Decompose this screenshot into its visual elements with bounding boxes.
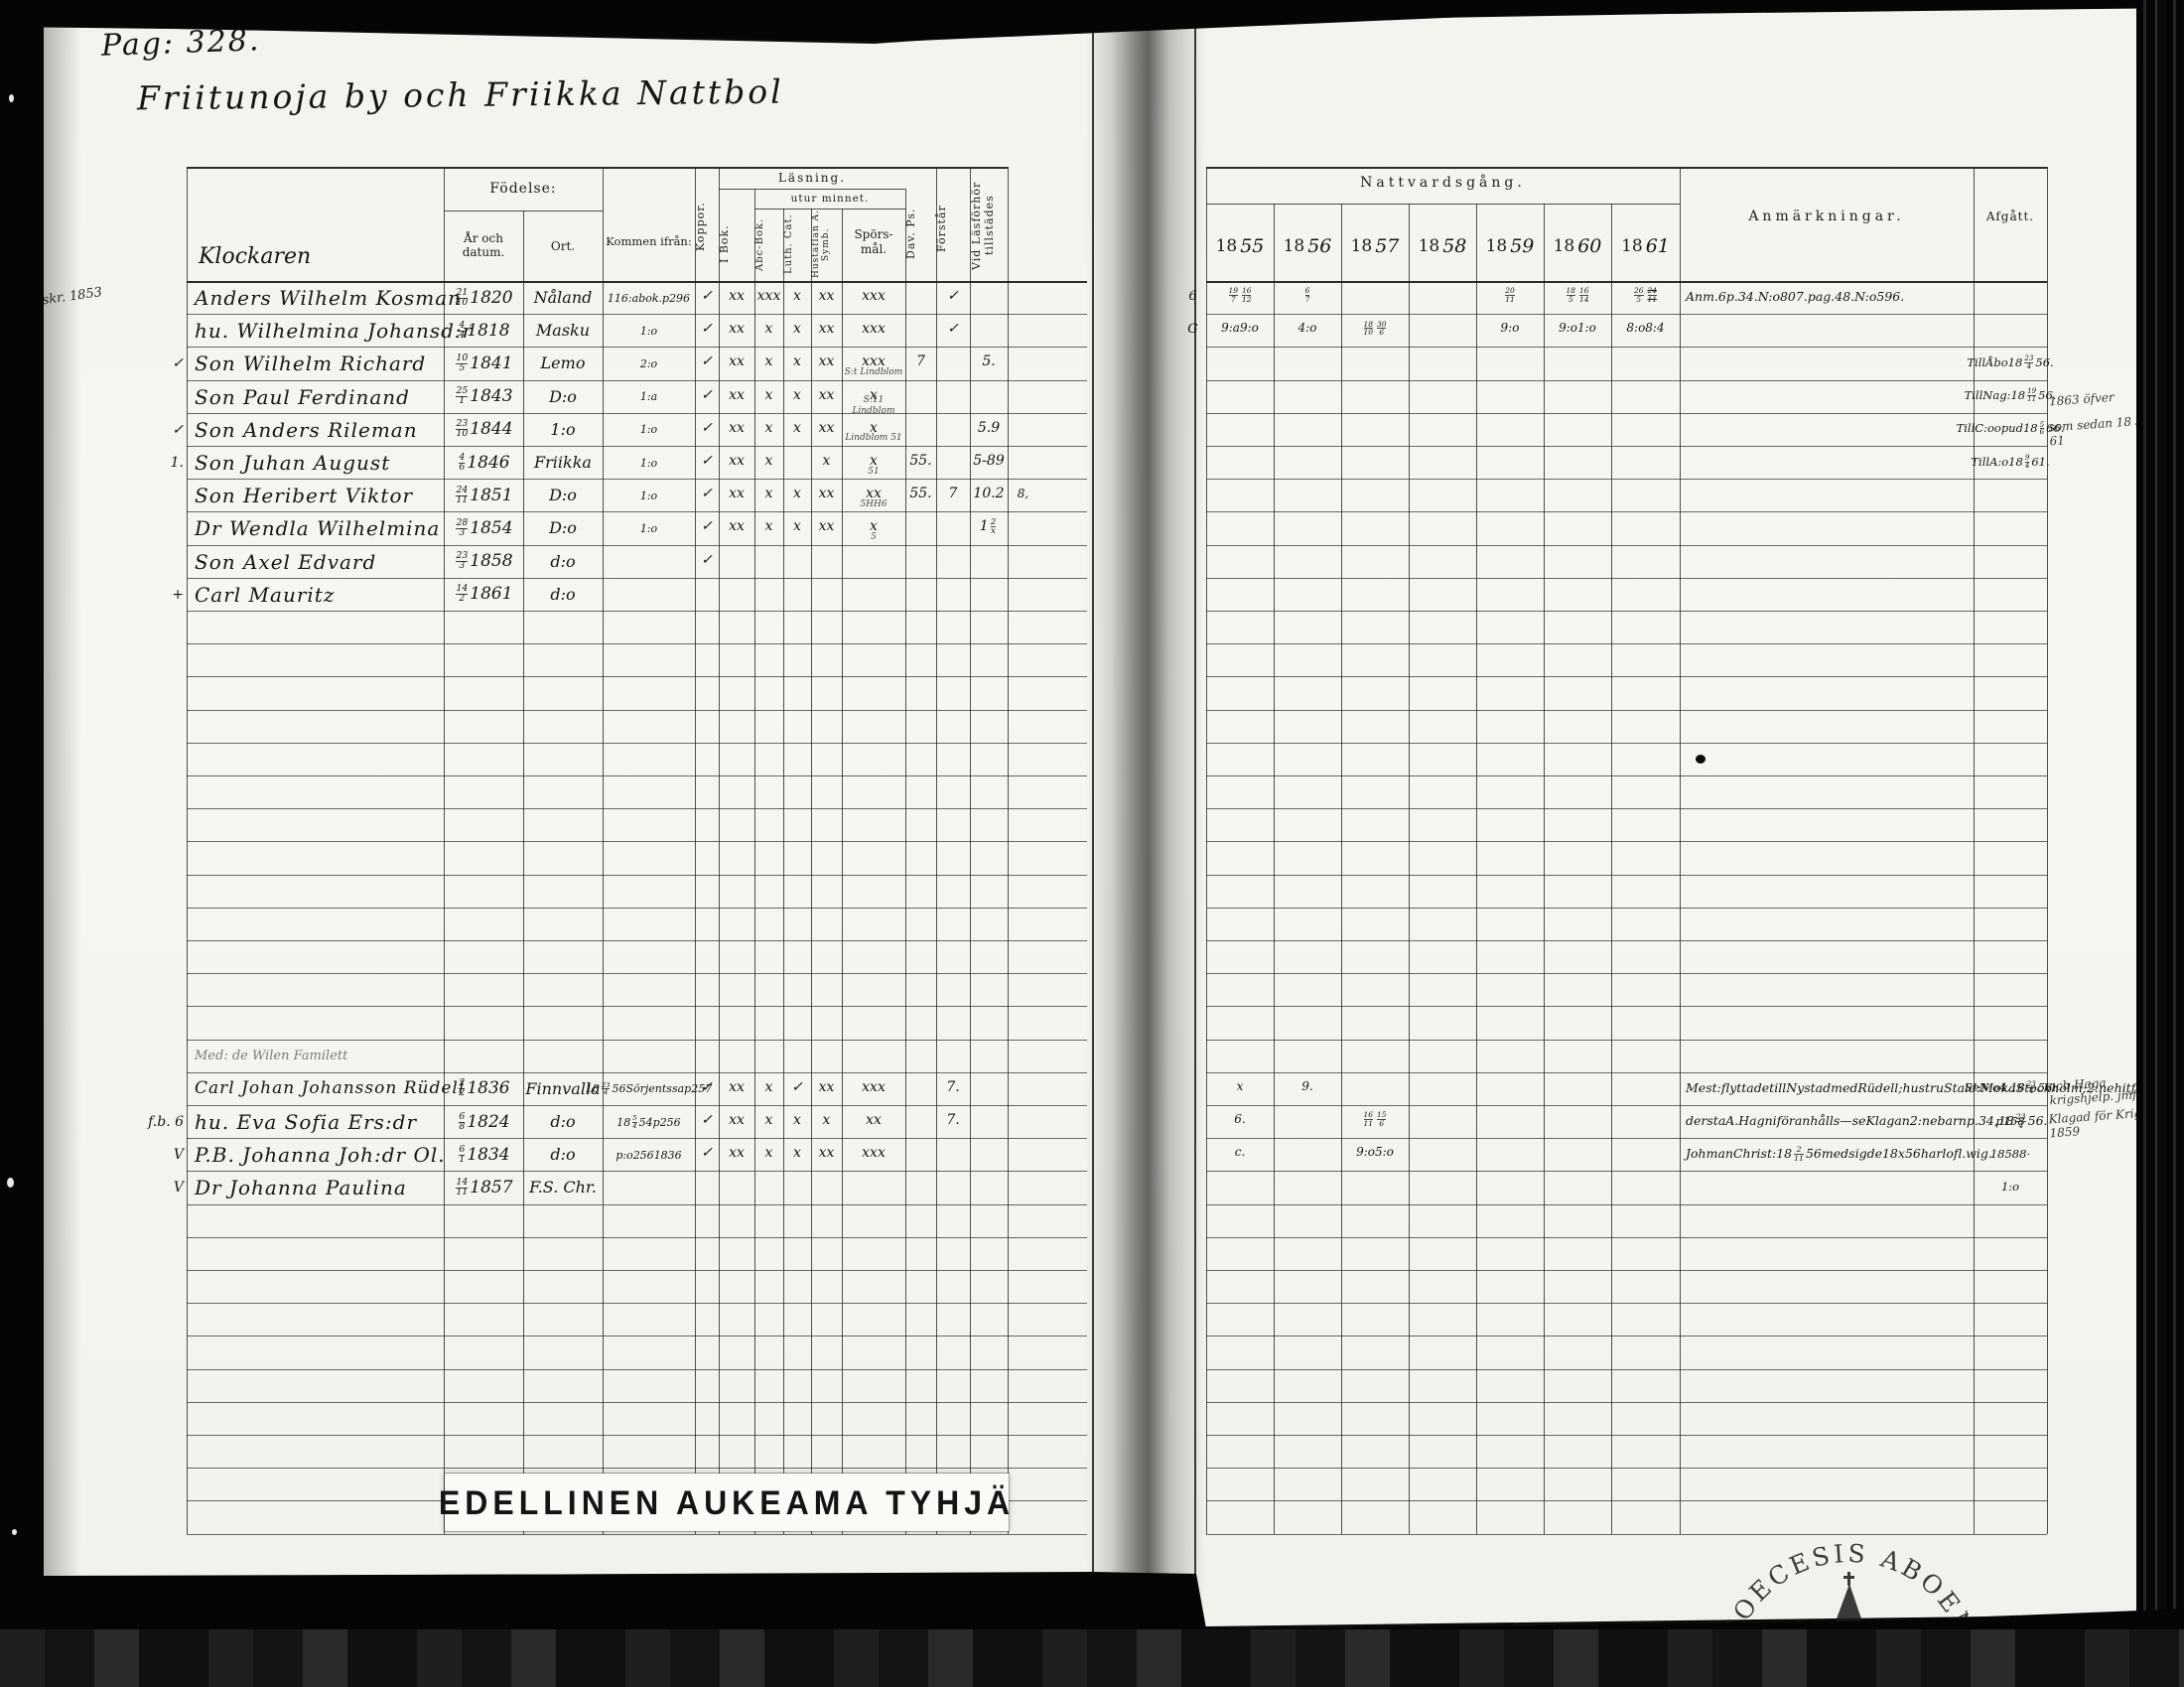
right-year-column-line (1206, 167, 1207, 1534)
mark-abc: x (754, 317, 783, 341)
birth-place: d:o (525, 1108, 601, 1136)
left-column-line (811, 209, 812, 1534)
year-header-1860: 1860 (1544, 226, 1611, 266)
person-name: hu. Eva Sofia Ers:dr (195, 1108, 442, 1136)
mark-luth: ✓ (783, 1075, 811, 1099)
header-koppor: Koppor. (695, 177, 719, 276)
right-row-line (1206, 413, 2047, 414)
mark-koppor: ✓ (695, 449, 719, 473)
left-row-line (187, 908, 1087, 909)
header-forstar: Förstår (936, 179, 970, 278)
afgatt-note: 1:o (1976, 1165, 2045, 1208)
sporsmal-annotation: S:t Lindblom (842, 365, 905, 379)
left-row-line (187, 940, 1087, 941)
left-row-line (187, 643, 1087, 644)
person-name: Carl Johan Johansson Rüdell (195, 1075, 442, 1103)
mark-ibok: x x (719, 350, 754, 373)
communion-date-1856: 4:o (1276, 312, 1339, 344)
mark-koppor: ✓ (695, 416, 719, 440)
mark-dav: 55. (905, 449, 936, 473)
scan-border-left (0, 0, 44, 1687)
mark-koppor: ✓ (695, 317, 719, 341)
header-nattvardsgang: Nattvardsgång. (1206, 171, 1680, 195)
left-row-line (187, 808, 1087, 809)
header-kommen-ifran: Kommen ifrån: (603, 226, 695, 256)
communion-date-1857: 1611 156 (1343, 1103, 1407, 1135)
right-row-line (1206, 808, 2047, 809)
mark-forstar: 7. (936, 1108, 970, 1132)
birth-date: 1411 1857 (446, 1174, 521, 1201)
communion-date-1855: 6. (1208, 1103, 1272, 1135)
communion-date-1859: 9:o (1478, 312, 1542, 344)
mark-luth: x (783, 317, 811, 341)
mark-luth: x (783, 284, 811, 308)
right-year-column-line (1544, 204, 1545, 1534)
right-row-line (1206, 380, 2047, 381)
communion-date-1860: 185 1614 (1546, 279, 1609, 311)
nattvardsgang-underline (1206, 204, 1680, 205)
names-column-script-label: Klockaren (199, 244, 311, 269)
mark-abc: x (754, 1141, 783, 1165)
mark-hust: x x (811, 416, 842, 440)
mark-hust: x x (811, 1141, 842, 1165)
birth-date: 22 1836 (446, 1075, 521, 1103)
birth-date: 2310 1844 (446, 416, 521, 444)
border-speck (9, 94, 14, 102)
mark-hust: x (811, 1108, 842, 1132)
right-row-line (1206, 1303, 2047, 1304)
header-fodelse: Födelse: (444, 177, 603, 201)
row-margin-mark: V (99, 1141, 184, 1169)
right-row-line (1206, 1237, 2047, 1238)
right-row-line (1206, 1006, 2047, 1007)
sporsmal-annotation: 5 (842, 530, 905, 544)
scan-border-right (2136, 0, 2184, 1687)
mark-forstar: 7 (936, 482, 970, 505)
left-row-line (187, 1040, 1087, 1041)
birth-date: 2110 1820 (446, 284, 521, 312)
mark-hust: x x (811, 317, 842, 341)
right-year-column-line (1341, 204, 1342, 1534)
left-column-line (936, 167, 937, 1534)
mark-hust: x x (811, 482, 842, 505)
right-row-line (1206, 446, 2047, 447)
communion-date-1860: 9:o 1:o (1546, 312, 1609, 344)
left-row-line (187, 1204, 1087, 1205)
header-abc-bok: Abc-Bok. (754, 211, 783, 278)
mark-ibok: x x (719, 383, 754, 407)
mark-ibok: x x (719, 514, 754, 538)
mark-dav: 7 (905, 350, 936, 373)
mark-hust: x x (811, 383, 842, 407)
mark-abc: x (754, 1108, 783, 1132)
header-anmarkningar: Anmärkningar. (1680, 205, 1974, 228)
mark-luth: x (783, 482, 811, 505)
year-header-1857: 1857 (1341, 226, 1409, 266)
mark-ibok: x x (719, 416, 754, 440)
left-row-line (187, 1534, 1087, 1535)
right-row-line (1206, 841, 2047, 842)
birth-date: 283 1854 (446, 514, 521, 542)
empty-spread-stamp: EDELLINEN AUKEAMA TYHJÄ (445, 1474, 1009, 1531)
sporsmal-annotation: 5HH6 (842, 497, 905, 511)
mark-dav: 55. (905, 482, 936, 505)
anmarkningar-afgatt-divider (1974, 167, 1975, 1534)
header-dav-ps: Dav. Ps. (905, 189, 936, 278)
mark-ibok: x x (719, 449, 754, 473)
right-row-line (1206, 643, 2047, 644)
ink-blot (1696, 755, 1706, 764)
year-header-1861: 1861 (1611, 226, 1680, 266)
mark-spors: x x x (842, 1141, 905, 1165)
person-name: Carl Mauritz (195, 581, 442, 609)
row-margin-mark: V (99, 1174, 184, 1201)
mark-koppor: ✓ (695, 284, 719, 308)
lasning-underline (719, 189, 905, 190)
mark-forstar: 7. (936, 1075, 970, 1099)
utur-minnet-underline (754, 209, 905, 210)
header-luth-cat: Luth. Cat. (783, 211, 811, 278)
header-ar-och-datum: År och datum. (446, 220, 521, 270)
left-row-line (187, 841, 1087, 842)
right-table-top-rule (1206, 167, 2047, 169)
header-i-bok: I Bok. (719, 211, 754, 278)
birth-place: 1:o (525, 416, 601, 444)
mark-spors: x x (842, 1108, 905, 1132)
right-row-line (1206, 1468, 2047, 1469)
communion-date-1855: 197 1612 (1208, 279, 1272, 311)
kommen-ifran-note: p:o 2561836 (603, 1135, 695, 1175)
birth-place: F.S. Chr. (525, 1174, 601, 1201)
mark-ibok: x x (719, 317, 754, 341)
right-row-line (1206, 940, 2047, 941)
left-column-line (523, 211, 524, 1534)
person-name: Son Juhan August (195, 449, 442, 477)
left-row-line (187, 676, 1087, 677)
birth-date: 142 1861 (446, 581, 521, 609)
mark-koppor: ✓ (695, 1075, 719, 1099)
mark-koppor: ✓ (695, 482, 719, 505)
right-row-line (1206, 1204, 2047, 1205)
right-year-column-line (1409, 204, 1410, 1534)
right-row-line (1206, 1336, 2047, 1336)
paper-left-shading (42, 0, 81, 1687)
person-name: Son Paul Ferdinand (195, 383, 442, 411)
mark-ibok: x x (719, 1075, 754, 1099)
left-column-line (905, 189, 906, 1534)
mark-abc: x (754, 449, 783, 473)
right-row-line (1206, 775, 2047, 776)
scanned-church-record-spread: Pag: 328. Friitunoja by och Friikka Natt… (0, 0, 2184, 1687)
person-name: Son Axel Edvard (195, 548, 442, 576)
right-row-line (1206, 611, 2047, 612)
communion-date-1856: 9. (1276, 1070, 1339, 1102)
right-row-line (1206, 545, 2047, 546)
border-speck (7, 1178, 14, 1188)
scan-border-bottom-noise (0, 1629, 2184, 1687)
birth-date: 251 1843 (446, 383, 521, 411)
person-name: hu. Wilhelmina Johansd:r (195, 317, 442, 345)
anmarkning-note: Johman Christ: 18 211 56 med sig de 18 x… (1686, 1132, 1970, 1176)
right-row-line (1206, 1369, 2047, 1370)
person-name: P.B. Johanna Joh:dr Ol. (195, 1141, 442, 1169)
year-header-1855: 1855 (1206, 226, 1274, 266)
mark-luth: x (783, 514, 811, 538)
right-row-line (1206, 1040, 2047, 1041)
birth-place: d:o (525, 548, 601, 576)
mark-abc: x (754, 514, 783, 538)
header-vid-lasforhor: Vid Läsförhör tillstädes (970, 171, 1008, 280)
year-header-1858: 1858 (1409, 226, 1476, 266)
left-row-line (187, 1237, 1087, 1238)
person-name: Son Heribert Viktor (195, 482, 442, 509)
mark-vid: 5. (970, 350, 1008, 373)
birth-place: d:o (525, 581, 601, 609)
left-row-line (187, 578, 1087, 579)
header-sporsmal: Spörs-mål. (842, 220, 905, 264)
left-page-edge-line (1092, 15, 1094, 1628)
mark-abc: x (754, 1075, 783, 1099)
left-column-line (1008, 167, 1009, 1534)
communion-date-1857: 1810 306 (1343, 312, 1407, 344)
mark-koppor: ✓ (695, 514, 719, 538)
person-name: Dr Wendla Wilhelmina (195, 514, 442, 542)
right-row-margin-mark: G (1181, 316, 1204, 342)
birth-place: Masku (525, 317, 601, 345)
right-row-line (1206, 347, 2047, 348)
birth-date: 105 1841 (446, 350, 521, 377)
right-row-line (1206, 973, 2047, 974)
birth-place: d:o (525, 1141, 601, 1169)
birth-place: Nåland (525, 284, 601, 312)
vid-annotation: 8, (1009, 482, 1037, 505)
right-row-line (1206, 479, 2047, 480)
person-name: Son Anders Rileman (195, 416, 442, 444)
header-ort: Ort. (525, 234, 601, 258)
page-title-handwritten: Friitunoja by och Friikka Nattbol (137, 72, 784, 118)
birth-place: D:o (525, 383, 601, 411)
mark-abc: x (754, 482, 783, 505)
person-name: Dr Johanna Paulina (195, 1174, 442, 1201)
right-row-line (1206, 1534, 2047, 1535)
birth-place: Lemo (525, 350, 601, 377)
border-speck (12, 1529, 17, 1535)
left-column-line (187, 167, 188, 1534)
mark-spors: x x x (842, 1075, 905, 1099)
mark-luth: x (783, 1141, 811, 1165)
mark-vid: 1 2x (970, 514, 1008, 538)
right-row-line (1206, 676, 2047, 677)
communion-date-1855: c. (1208, 1136, 1272, 1168)
birth-date: 61 1834 (446, 1141, 521, 1169)
header-lasning: Läsning. (719, 169, 905, 187)
communion-date-1856: 67 (1276, 279, 1339, 311)
right-row-line (1206, 710, 2047, 711)
mark-vid: 10.2 (970, 482, 1008, 505)
mark-forstar: ✓ (936, 317, 970, 341)
birth-date: 46 1846 (446, 449, 521, 477)
left-row-line (187, 775, 1087, 776)
right-page-edge-line (1194, 15, 1196, 1628)
row-margin-mark: 1. (99, 449, 184, 477)
mark-ibok: x x (719, 482, 754, 505)
left-row-line (187, 1369, 1087, 1370)
mark-abc: x x x (754, 284, 783, 308)
mark-abc: x (754, 383, 783, 407)
person-name-note: Med: de Wilen Familett (195, 1043, 442, 1070)
row-margin-mark: ✓ (99, 350, 184, 377)
mark-hust: x x (811, 350, 842, 373)
left-row-line (187, 743, 1087, 744)
right-row-line (1206, 1402, 2047, 1403)
left-row-line (187, 1303, 1087, 1304)
mark-koppor: ✓ (695, 1108, 719, 1132)
mark-abc: x (754, 350, 783, 373)
communion-date-1855: 9:a 9:o (1208, 312, 1272, 344)
left-row-line (187, 1336, 1087, 1336)
mark-hust: x x (811, 514, 842, 538)
year-header-1856: 1856 (1274, 226, 1341, 266)
right-year-column-line (1611, 204, 1612, 1534)
mark-vid: 5.9 (970, 416, 1008, 440)
afgatt-note: Till A:o18 94 61. (1976, 440, 2045, 484)
row-margin-mark: + (99, 581, 184, 609)
left-table-top-rule (187, 167, 1008, 169)
communion-date-1859: 2011 (1478, 279, 1542, 311)
sporsmal-annotation: 51 (842, 465, 905, 479)
sporsmal-annotation: S:11 Lindblom (842, 399, 905, 413)
right-row-margin-mark: 6 (1181, 283, 1204, 309)
left-row-line (187, 1468, 1087, 1469)
left-row-line (187, 875, 1087, 876)
mark-koppor: ✓ (695, 350, 719, 373)
year-header-1859: 1859 (1476, 226, 1544, 266)
mark-luth: x (783, 383, 811, 407)
birth-date: 233 1858 (446, 548, 521, 576)
right-row-line (1206, 511, 2047, 512)
left-row-line (187, 1006, 1087, 1007)
mark-hust: x x (811, 284, 842, 308)
mark-koppor: ✓ (695, 383, 719, 407)
header-utur-minnet: utur minnet. (754, 191, 905, 207)
right-row-line (1206, 743, 2047, 744)
mark-luth: x (783, 1108, 811, 1132)
mark-ibok: x x (719, 284, 754, 308)
mark-luth: x (783, 350, 811, 373)
right-year-column-line (1680, 167, 1681, 1534)
left-row-line (187, 1435, 1087, 1436)
communion-date-1855: x (1208, 1070, 1272, 1102)
right-row-line (1206, 875, 2047, 876)
mark-vid: 5-8 9 (970, 449, 1008, 473)
mark-spors: x x x (842, 317, 905, 341)
sporsmal-annotation: Lindblom 51 (842, 432, 905, 446)
mark-ibok: x x (719, 1108, 754, 1132)
communion-date-1861: 265 2411 (1613, 279, 1678, 311)
mark-koppor: ✓ (695, 548, 719, 572)
birth-place: D:o (525, 514, 601, 542)
mark-abc: x (754, 416, 783, 440)
book-gutter-shadow (1085, 10, 1206, 1638)
right-year-column-line (1476, 204, 1477, 1534)
right-row-line (1206, 1500, 2047, 1501)
left-row-line (187, 611, 1087, 612)
birth-place: Friikka (525, 449, 601, 477)
left-column-line (783, 209, 784, 1534)
row-margin-mark: f.b. 6 (99, 1108, 184, 1136)
left-row-line (187, 1402, 1087, 1403)
mark-koppor: ✓ (695, 1141, 719, 1165)
birth-date: 44 1818 (446, 317, 521, 345)
header-hustaflan: Hustaflan A. Symb. (811, 209, 842, 280)
birth-date: 2411 1851 (446, 482, 521, 509)
left-row-line (187, 973, 1087, 974)
birth-place: D:o (525, 482, 601, 509)
communion-date-1861: 8:o 8:4 (1613, 312, 1678, 344)
right-row-line (1206, 578, 2047, 579)
anmarkning-note: Anm. 6 p. 34. N:o 807. pag. 48. N:o 596. (1686, 275, 1970, 319)
left-column-line (444, 167, 445, 1534)
right-row-line (1206, 1270, 2047, 1271)
left-row-line (187, 1270, 1087, 1271)
empty-spread-stamp-text: EDELLINEN AUKEAMA TYHJÄ (439, 1482, 1015, 1522)
right-row-line (1206, 908, 2047, 909)
header-afgatt: Afgått. (1974, 205, 2047, 228)
birth-date: 68 1824 (446, 1108, 521, 1136)
mark-spors: x x x (842, 284, 905, 308)
kommen-ifran-note: 1:o (603, 508, 695, 548)
mark-hust: x x (811, 1075, 842, 1099)
mark-luth: x (783, 416, 811, 440)
right-year-column-line (1274, 204, 1275, 1534)
person-name: Anders Wilhelm Kosman (195, 284, 442, 312)
communion-date-1857: 9:o 5:o (1343, 1136, 1407, 1168)
left-row-line (187, 710, 1087, 711)
mark-forstar: ✓ (936, 284, 970, 308)
right-table-outer-line (2047, 167, 2048, 1534)
right-row-line (1206, 1435, 2047, 1436)
mark-hust: x (811, 449, 842, 473)
row-margin-mark: ✓ (99, 416, 184, 444)
mark-ibok: x x (719, 1141, 754, 1165)
person-name: Son Wilhelm Richard (195, 350, 442, 377)
